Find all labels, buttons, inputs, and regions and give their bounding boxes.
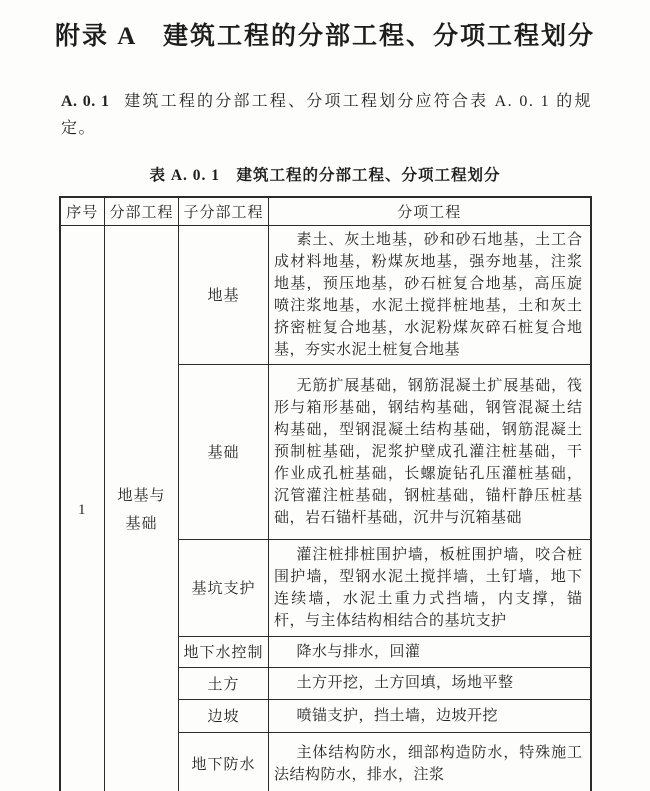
subdivision-name-cell: 基坑支护 [179, 539, 269, 636]
table-caption: 表 A. 0. 1 建筑工程的分部工程、分项工程划分 [0, 163, 650, 185]
division-table: 序号 分部工程 子分部工程 分项工程 1 地基与 基础 地基 素土、灰土地基，砂… [59, 196, 592, 791]
subdivision-name-cell: 边坡 [179, 699, 269, 732]
subdivision-name-cell: 地基 [179, 225, 269, 364]
subdivision-name-cell: 土方 [179, 667, 269, 699]
table-header-row: 序号 分部工程 子分部工程 分项工程 [60, 197, 591, 225]
items-cell: 主体结构防水，细部构造防水，特殊施工法结构防水，排水，注浆 [269, 732, 591, 791]
col-header-division: 分部工程 [105, 197, 179, 225]
items-cell: 土方开挖，土方回填，场地平整 [269, 667, 591, 699]
table-row: 1 地基与 基础 地基 素土、灰土地基，砂和砂石地基，土工合成材料地基，粉煤灰地… [60, 225, 591, 364]
col-header-items: 分项工程 [269, 197, 591, 225]
items-cell: 喷锚支护，挡土墙，边坡开挖 [269, 699, 591, 732]
items-cell: 灌注桩排桩围护墙，板桩围护墙，咬合桩围护墙，型钢水泥土搅拌墙，土钉墙，地下连续墙… [269, 539, 591, 636]
division-cell: 地基与 基础 [105, 225, 179, 791]
clause-number: A. 0. 1 [61, 93, 109, 110]
items-cell: 无筋扩展基础，钢筋混凝土扩展基础，筏形与箱形基础，钢结构基础，钢管混凝土结构基础… [269, 364, 591, 539]
seq-cell: 1 [60, 225, 105, 791]
subdivision-name-cell: 地下防水 [179, 732, 269, 791]
clause-text: 建筑工程的分部工程、分项工程划分应符合表 A. 0. 1 的规定。 [61, 93, 592, 137]
col-header-subdivision: 子分部工程 [179, 197, 269, 225]
col-header-seq: 序号 [60, 197, 105, 225]
page-title: 附录 A 建筑工程的分部工程、分项工程划分 [0, 16, 650, 52]
items-cell: 降水与排水，回灌 [269, 636, 591, 667]
subdivision-name-cell: 基础 [179, 364, 269, 539]
subdivision-name-cell: 地下水控制 [179, 636, 269, 667]
clause-paragraph: A. 0. 1建筑工程的分部工程、分项工程划分应符合表 A. 0. 1 的规定。 [61, 88, 592, 142]
items-cell: 素土、灰土地基，砂和砂石地基，土工合成材料地基，粉煤灰地基，强夯地基，注浆地基，… [269, 225, 591, 364]
